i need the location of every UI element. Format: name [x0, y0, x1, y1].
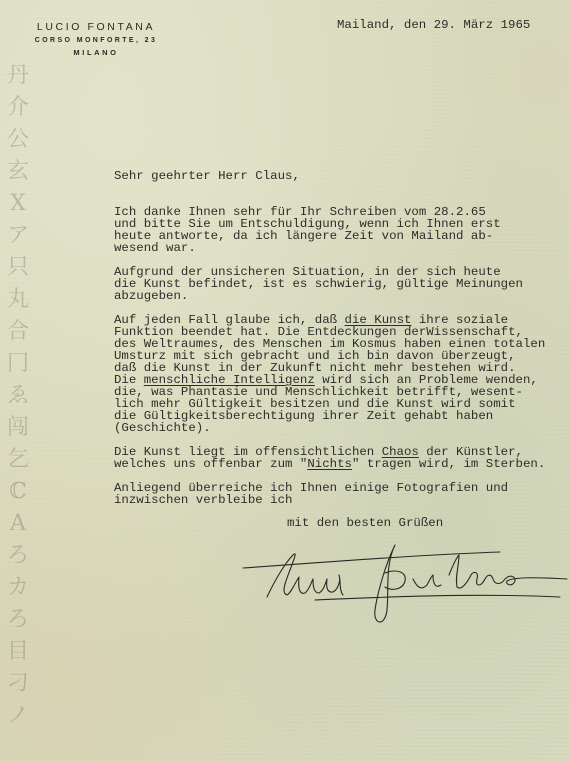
salutation: Sehr geehrter Herr Claus, [114, 170, 300, 182]
paragraph: Anliegend überreiche ich Ihnen einige Fo… [114, 482, 545, 506]
watermark-glyph: 只 [6, 252, 30, 284]
text-line: wesend war. [114, 242, 545, 254]
text-segment: abzugeben. [114, 289, 188, 303]
letter-body: Ich danke Ihnen sehr für Ihr Schreiben v… [114, 206, 545, 518]
watermark-glyph: 玄 [6, 156, 30, 188]
text-segment: wesend war. [114, 241, 196, 255]
text-line: abzugeben. [114, 290, 545, 302]
underlined-phrase: Nichts [307, 457, 352, 471]
text-segment: inzwischen verbleibe ich [114, 493, 292, 507]
signature [235, 535, 570, 630]
margin-watermark: 丹介公玄Xア只丸合冂ゑ闯乞ℂAろカろ目刁ノ [6, 60, 30, 750]
watermark-glyph: 介 [6, 92, 30, 124]
watermark-glyph: 闯 [6, 412, 30, 444]
watermark-glyph: 乞 [6, 444, 30, 476]
watermark-glyph: 丹 [6, 60, 30, 92]
text-segment: welches uns offenbar zum " [114, 457, 307, 471]
letterhead-name: LUCIO FONTANA [26, 20, 166, 34]
watermark-glyph: カ [6, 572, 30, 604]
watermark-glyph: ろ [6, 604, 30, 636]
text-line: welches uns offenbar zum "Nichts" tragen… [114, 458, 545, 470]
paragraph: Aufgrund der unsicheren Situation, in de… [114, 266, 545, 302]
paragraph: Auf jeden Fall glaube ich, daß die Kunst… [114, 314, 545, 434]
text-line: inzwischen verbleibe ich [114, 494, 545, 506]
text-segment: (Geschichte). [114, 421, 211, 435]
watermark-glyph: ゑ [6, 380, 30, 412]
letterhead-city: MILANO [26, 47, 166, 59]
paragraph: Ich danke Ihnen sehr für Ihr Schreiben v… [114, 206, 545, 254]
letterhead-street: CORSO MONFORTE, 23 [26, 34, 166, 47]
watermark-glyph: 刁 [6, 668, 30, 700]
closing: mit den besten Grüßen [287, 517, 443, 529]
watermark-glyph: 冂 [6, 348, 30, 380]
watermark-glyph: A [6, 508, 30, 540]
text-segment: " tragen wird, im Sterben. [352, 457, 545, 471]
watermark-glyph: 合 [6, 316, 30, 348]
paragraph: Die Kunst liegt im offensichtlichen Chao… [114, 446, 545, 470]
watermark-glyph: 目 [6, 636, 30, 668]
watermark-glyph: ノ [6, 700, 30, 732]
text-line: (Geschichte). [114, 422, 545, 434]
watermark-glyph: ℂ [6, 476, 30, 508]
dateline: Mailand, den 29. März 1965 [337, 19, 530, 31]
watermark-glyph: 丸 [6, 284, 30, 316]
watermark-glyph: ろ [6, 540, 30, 572]
watermark-glyph: ア [6, 220, 30, 252]
watermark-glyph: X [6, 188, 30, 220]
letterhead: LUCIO FONTANA CORSO MONFORTE, 23 MILANO [26, 20, 166, 59]
watermark-glyph: 公 [6, 124, 30, 156]
